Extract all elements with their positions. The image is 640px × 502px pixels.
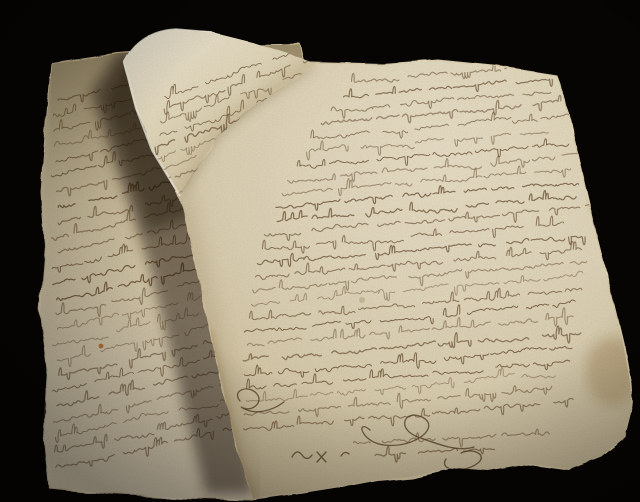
vignette-overlay [0, 0, 640, 502]
manuscript-photograph: Photograph of antique seventeenth-centur… [0, 0, 640, 502]
manuscript-photo: Photograph of antique seventeenth-centur… [0, 0, 640, 502]
